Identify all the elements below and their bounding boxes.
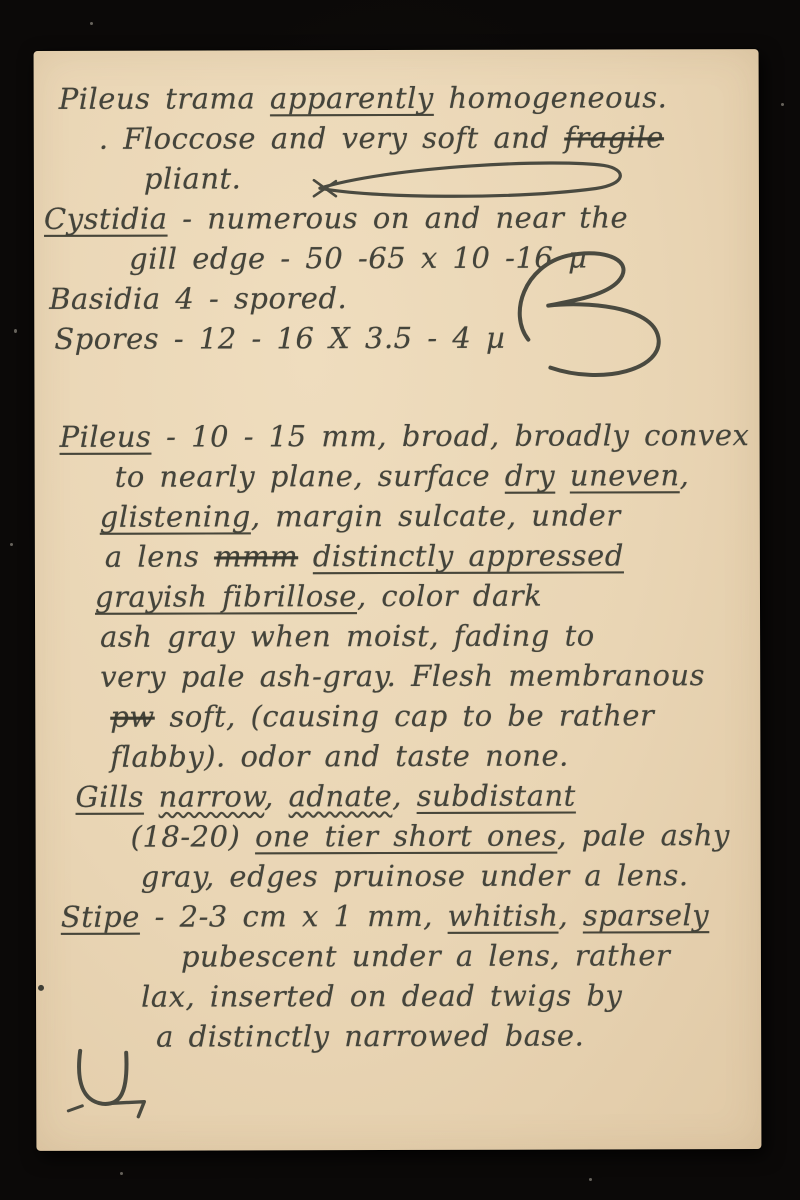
text-segment: grayish fibrillose <box>95 579 357 614</box>
text-segment: (18-20) <box>131 819 256 853</box>
note-line: very pale ash-gray. Flesh membranous <box>35 655 760 697</box>
pliant-loop-doodle <box>312 155 647 206</box>
text-segment: Gills <box>75 780 143 814</box>
note-line: pubescent under a lens, rather <box>36 935 761 977</box>
photo-background: Pileus trama apparently homogeneous.. Fl… <box>0 0 800 1200</box>
margin-dot <box>38 985 44 991</box>
text-segment: a distinctly narrowed base. <box>156 1019 584 1054</box>
text-segment: Pileus <box>60 420 152 454</box>
text-segment: one tier short ones <box>255 819 557 854</box>
note-line: grayish fibrillose, color dark <box>35 575 760 617</box>
text-segment: subdistant <box>417 779 576 813</box>
text-segment: a lens <box>105 539 214 573</box>
note-line: a lens mmm distinctly appressed <box>35 535 760 577</box>
text-segment: dry <box>505 459 555 493</box>
note-line: gray, edges pruinose under a lens. <box>36 855 761 897</box>
text-segment: , <box>264 779 289 813</box>
text-segment: distinctly appressed <box>313 538 624 573</box>
text-segment: soft, (causing cap to be rather <box>155 698 655 733</box>
dust-speck <box>120 1172 123 1175</box>
text-segment: narrow <box>159 779 265 813</box>
text-segment: whitish <box>448 899 559 933</box>
note-card: Pileus trama apparently homogeneous.. Fl… <box>34 49 762 1151</box>
text-segment: apparently <box>270 81 434 115</box>
text-segment: lax, inserted on dead twigs by <box>141 978 622 1013</box>
text-segment: Spores - 12 - 16 X 3.5 - 4 µ <box>54 321 505 356</box>
text-segment: , <box>392 779 417 813</box>
note-line: (18-20) one tier short ones, pale ashy <box>36 815 761 857</box>
note-line: Pileus - 10 - 15 mm, broad, broadly conv… <box>35 415 760 457</box>
text-segment: uneven <box>570 458 680 492</box>
dust-speck <box>10 543 13 546</box>
text-segment: , <box>558 899 583 933</box>
text-segment: to nearly plane, surface <box>115 459 505 494</box>
text-segment: - 10 - 15 mm, broad, broadly convex <box>151 418 749 454</box>
text-segment: fragile <box>564 120 664 154</box>
text-segment: pw <box>110 700 154 734</box>
text-segment: flabby). odor and taste none. <box>110 739 569 774</box>
text-segment: Pileus trama <box>59 81 270 116</box>
text-segment: pubescent under a lens, rather <box>181 938 671 973</box>
text-segment: , <box>680 458 690 492</box>
note-line: Pileus trama apparently homogeneous. <box>34 77 759 119</box>
text-segment: ash gray when moist, fading to <box>100 618 595 653</box>
text-segment: Basidia 4 - spored. <box>49 281 347 316</box>
text-segment: Cystidia <box>44 202 168 236</box>
text-segment: Stipe <box>61 900 140 934</box>
text-segment: - 2-3 cm x 1 mm, <box>140 899 448 934</box>
text-segment: homogeneous. <box>434 80 668 115</box>
monogram-u-mark <box>66 1047 186 1127</box>
note-line: . Floccose and very soft and fragile <box>34 117 759 159</box>
spores-flourish-doodle <box>506 247 676 397</box>
text-segment <box>144 780 159 814</box>
dust-speck <box>14 329 17 333</box>
note-line: Gills narrow, adnate, subdistant <box>35 775 760 817</box>
note-line: Stipe - 2-3 cm x 1 mm, whitish, sparsely <box>36 895 761 937</box>
text-segment: sparsely <box>583 898 709 932</box>
dust-speck <box>589 1178 592 1181</box>
note-line: to nearly plane, surface dry uneven, <box>35 455 760 497</box>
note-line: pw soft, (causing cap to be rather <box>35 695 760 737</box>
text-segment: . Floccose and very soft and <box>99 121 565 156</box>
dust-speck <box>90 22 93 25</box>
text-segment: , pale ashy <box>557 818 730 852</box>
text-segment: gray, edges pruinose under a lens. <box>141 858 689 893</box>
text-segment: pliant. <box>144 161 242 195</box>
text-segment: glistening <box>100 499 251 533</box>
text-segment <box>555 459 570 493</box>
note-line: lax, inserted on dead twigs by <box>36 975 761 1017</box>
text-segment: very pale ash-gray. Flesh membranous <box>100 658 705 694</box>
note-line: ash gray when moist, fading to <box>35 615 760 657</box>
text-segment: mmm <box>214 539 298 573</box>
dust-speck <box>781 103 784 106</box>
note-line: flabby). odor and taste none. <box>35 735 760 777</box>
text-segment: adnate <box>289 779 393 813</box>
text-segment: , margin sulcate, under <box>251 498 621 533</box>
text-segment: , color dark <box>357 579 542 613</box>
note-line: glistening, margin sulcate, under <box>35 495 760 537</box>
text-segment <box>298 539 313 573</box>
